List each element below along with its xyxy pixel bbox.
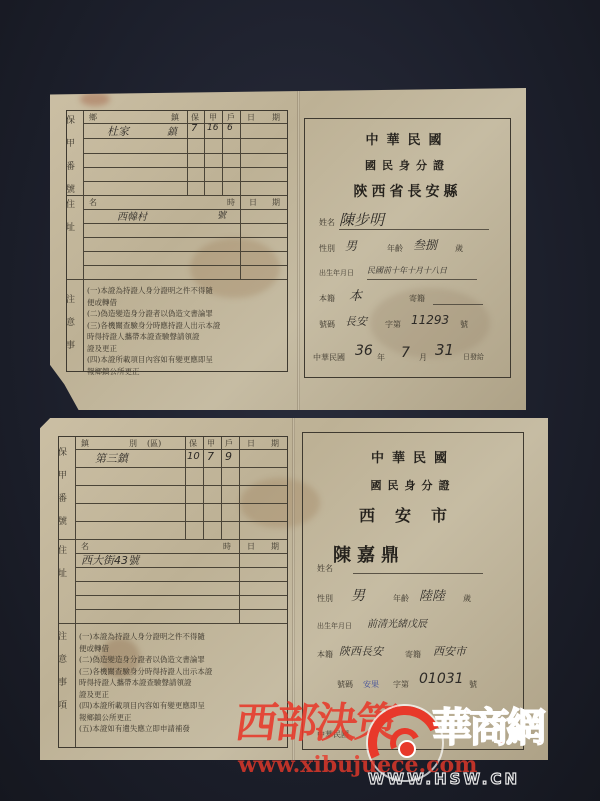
id-card-1: 保甲番號 住址 注意事項 鄉 鎮 保 甲 戶 日 期 杜家 鎮 7 16 6 名… xyxy=(50,88,526,410)
card1-note-7: 報鄉鎮公所更正 xyxy=(87,366,283,378)
card1-addr-hdr-2: 日 xyxy=(249,197,257,208)
card1-addr-hdr-1: 時 xyxy=(227,197,235,208)
card1-number-prefix: 長安 xyxy=(345,313,367,329)
card2-addr-hdr-2: 日 xyxy=(247,541,255,552)
card1-date-suffix: 日發給 xyxy=(463,352,484,362)
card1-age-value: 叁捌 xyxy=(413,236,437,253)
card2-row1-bao: 10 xyxy=(187,451,200,462)
card2-row1-jia: 7 xyxy=(207,450,214,463)
card1-sex-value: 男 xyxy=(345,237,357,254)
card1-date-month-unit: 月 xyxy=(419,352,427,363)
card2-side-label-bottom: 注意事項 xyxy=(60,631,74,723)
card2-number-label: 號碼 xyxy=(337,679,353,690)
card1-address-suffix: 號 xyxy=(217,208,226,221)
card1-hdr-5: 日 xyxy=(247,112,255,123)
card1-hdr-1: 鎮 xyxy=(171,112,179,123)
card2-sex-label: 性別 xyxy=(317,593,333,604)
card1-side-label-bottom: 注意事項 xyxy=(68,286,82,371)
card1-row1-jia: 16 xyxy=(207,123,218,133)
card1-date-day: 31 xyxy=(435,341,454,359)
card2-note-1: 便或轉借 xyxy=(79,643,283,655)
card1-address-value: 西韓村 xyxy=(117,208,147,223)
card2-age-label: 年齡 xyxy=(393,593,409,604)
card1-residence-label: 寄籍 xyxy=(409,293,425,304)
card2-note-3: (三)各機關查驗身分時得持證人出示本證 xyxy=(79,666,283,678)
card2-birth-value: 前清光緒戊辰 xyxy=(367,615,427,630)
card1-hdr-2: 保 xyxy=(191,112,199,123)
card1-household-table: 保甲番號 住址 注意事項 鄉 鎮 保 甲 戶 日 期 杜家 鎮 7 16 6 名… xyxy=(66,110,288,372)
card2-number-suffix: 號 xyxy=(469,679,477,690)
card2-note-2: (二)偽造變造身分證者以偽造文書論罪 xyxy=(79,654,283,666)
card1-title-id: 國民身分證 xyxy=(305,157,510,173)
card2-side-label-mid: 住址 xyxy=(60,545,74,591)
card1-age-label: 年齡 xyxy=(387,243,403,254)
card1-row1-town: 杜家 xyxy=(107,123,129,139)
card1-addr-hdr-3: 期 xyxy=(272,197,280,208)
card2-hdr-2: (區) xyxy=(147,438,161,449)
card2-number-mid: 字第 xyxy=(393,679,409,690)
card1-hdr-3: 甲 xyxy=(209,112,217,123)
card2-number-prefix: 安果 xyxy=(363,679,379,690)
card1-sex-label: 性別 xyxy=(319,243,335,254)
card1-hdr-0: 鄉 xyxy=(89,112,97,123)
card2-note-0: (一)本證為持證人身分證明之件不得隨 xyxy=(79,631,283,643)
card2-side-label-top: 保甲番號 xyxy=(60,447,74,539)
card2-addr-hdr-3: 期 xyxy=(271,541,279,552)
card2-age-suffix: 歲 xyxy=(463,593,471,604)
card1-hdr-4: 戶 xyxy=(227,112,235,123)
card2-row1-hu: 9 xyxy=(225,450,232,463)
card1-note-5: 證及更正 xyxy=(87,343,283,355)
card2-birth-label: 出生年月日 xyxy=(317,621,352,631)
card1-date-year: 36 xyxy=(355,343,373,359)
card1-birth-value: 民國前十年十月十八日 xyxy=(367,265,447,276)
card1-number-suffix: 號 xyxy=(460,319,468,330)
card1-title-roc: 中華民國 xyxy=(305,129,510,148)
card1-note-2: (二)偽造變造身分證者以偽造文書論罪 xyxy=(87,308,283,320)
watermark-hsw-text: 華商網 xyxy=(432,696,543,753)
card2-residence-value: 西安市 xyxy=(433,643,466,659)
card1-note-0: (一)本證為持證人身分證明之件不得隨 xyxy=(87,285,283,297)
fold-crease xyxy=(297,88,300,410)
card1-name-label: 姓名 xyxy=(319,217,335,228)
card2-hdr-6: 日 xyxy=(247,438,255,449)
card1-birth-label: 出生年月日 xyxy=(319,268,354,278)
card2-title-roc: 中華民國 xyxy=(303,447,523,466)
card1-addr-hdr-0: 名 xyxy=(89,197,97,208)
card1-side-label-top: 保甲番號 xyxy=(68,115,82,207)
card2-native-label: 本籍 xyxy=(317,649,333,660)
card2-residence-label: 寄籍 xyxy=(405,649,421,660)
card1-date-prefix: 中華民國 xyxy=(313,352,345,363)
card1-date-year-unit: 年 xyxy=(377,352,385,363)
card1-side-label-mid: 住址 xyxy=(68,199,82,245)
card1-hdr-6: 期 xyxy=(272,112,280,123)
card1-note-3: (三)各機關查驗身分時應持證人出示本證 xyxy=(87,320,283,332)
card2-note-4: 時得持證人攜帶本證查驗聲請領證 xyxy=(79,677,283,689)
card1-note-4: 時得持證人攜帶本證查驗聲請領證 xyxy=(87,331,283,343)
card1-native-value: 本 xyxy=(349,285,362,304)
card2-row1-town: 第三鎮 xyxy=(95,450,128,466)
card2-addr-hdr-0: 名 xyxy=(81,541,89,552)
card2-hdr-0: 鎮 xyxy=(81,438,89,449)
card2-hdr-4: 甲 xyxy=(207,438,215,449)
card2-age-value: 陸陸 xyxy=(419,585,445,604)
card2-hdr-3: 保 xyxy=(189,438,197,449)
card1-native-label: 本籍 xyxy=(319,293,335,304)
card2-addr-hdr-1: 時 xyxy=(223,541,231,552)
card2-hdr-7: 期 xyxy=(271,438,279,449)
card1-title-county: 陝西省長安縣 xyxy=(305,181,510,201)
card1-age-suffix: 歲 xyxy=(455,243,463,254)
card1-name-value: 陳步明 xyxy=(339,209,384,230)
card1-date-month: 7 xyxy=(401,345,410,361)
card1-note-6: (四)本證所載項目內容如有變更應即呈 xyxy=(87,354,283,366)
card2-title-id: 國民身分證 xyxy=(303,477,523,493)
card1-notes: (一)本證為持證人身分證明之件不得隨 便或轉借 (二)偽造變造身分證者以偽造文書… xyxy=(87,285,283,377)
card1-number-value: 11293 xyxy=(411,313,449,327)
card2-name-value: 陳嘉鼎 xyxy=(333,541,405,567)
card2-hdr-5: 戶 xyxy=(225,438,233,449)
card2-hdr-1: 別 xyxy=(129,438,137,449)
card2-number-value: 01031 xyxy=(419,671,464,687)
card2-sex-value: 男 xyxy=(351,585,365,605)
card2-name-label: 姓名 xyxy=(317,563,333,574)
card1-row1-town-suffix: 鎮 xyxy=(167,123,177,138)
card1-row1-bao: 7 xyxy=(191,123,197,134)
card1-number-mid: 字第 xyxy=(385,319,401,330)
watermark-url-hsw: WWW.HSW.CN xyxy=(368,770,520,788)
card2-title-city: 西安市 xyxy=(303,503,523,526)
card2-native-value: 陝西長安 xyxy=(339,643,383,659)
card1-row1-hu: 6 xyxy=(227,123,233,133)
card1-note-1: 便或轉借 xyxy=(87,297,283,309)
card1-right-page: 中華民國 國民身分證 陝西省長安縣 姓名 陳步明 性別 男 年齡 叁捌 歲 出生… xyxy=(304,118,511,378)
card1-number-label: 號碼 xyxy=(319,319,335,330)
card2-address-value: 西大街43號 xyxy=(81,552,139,568)
